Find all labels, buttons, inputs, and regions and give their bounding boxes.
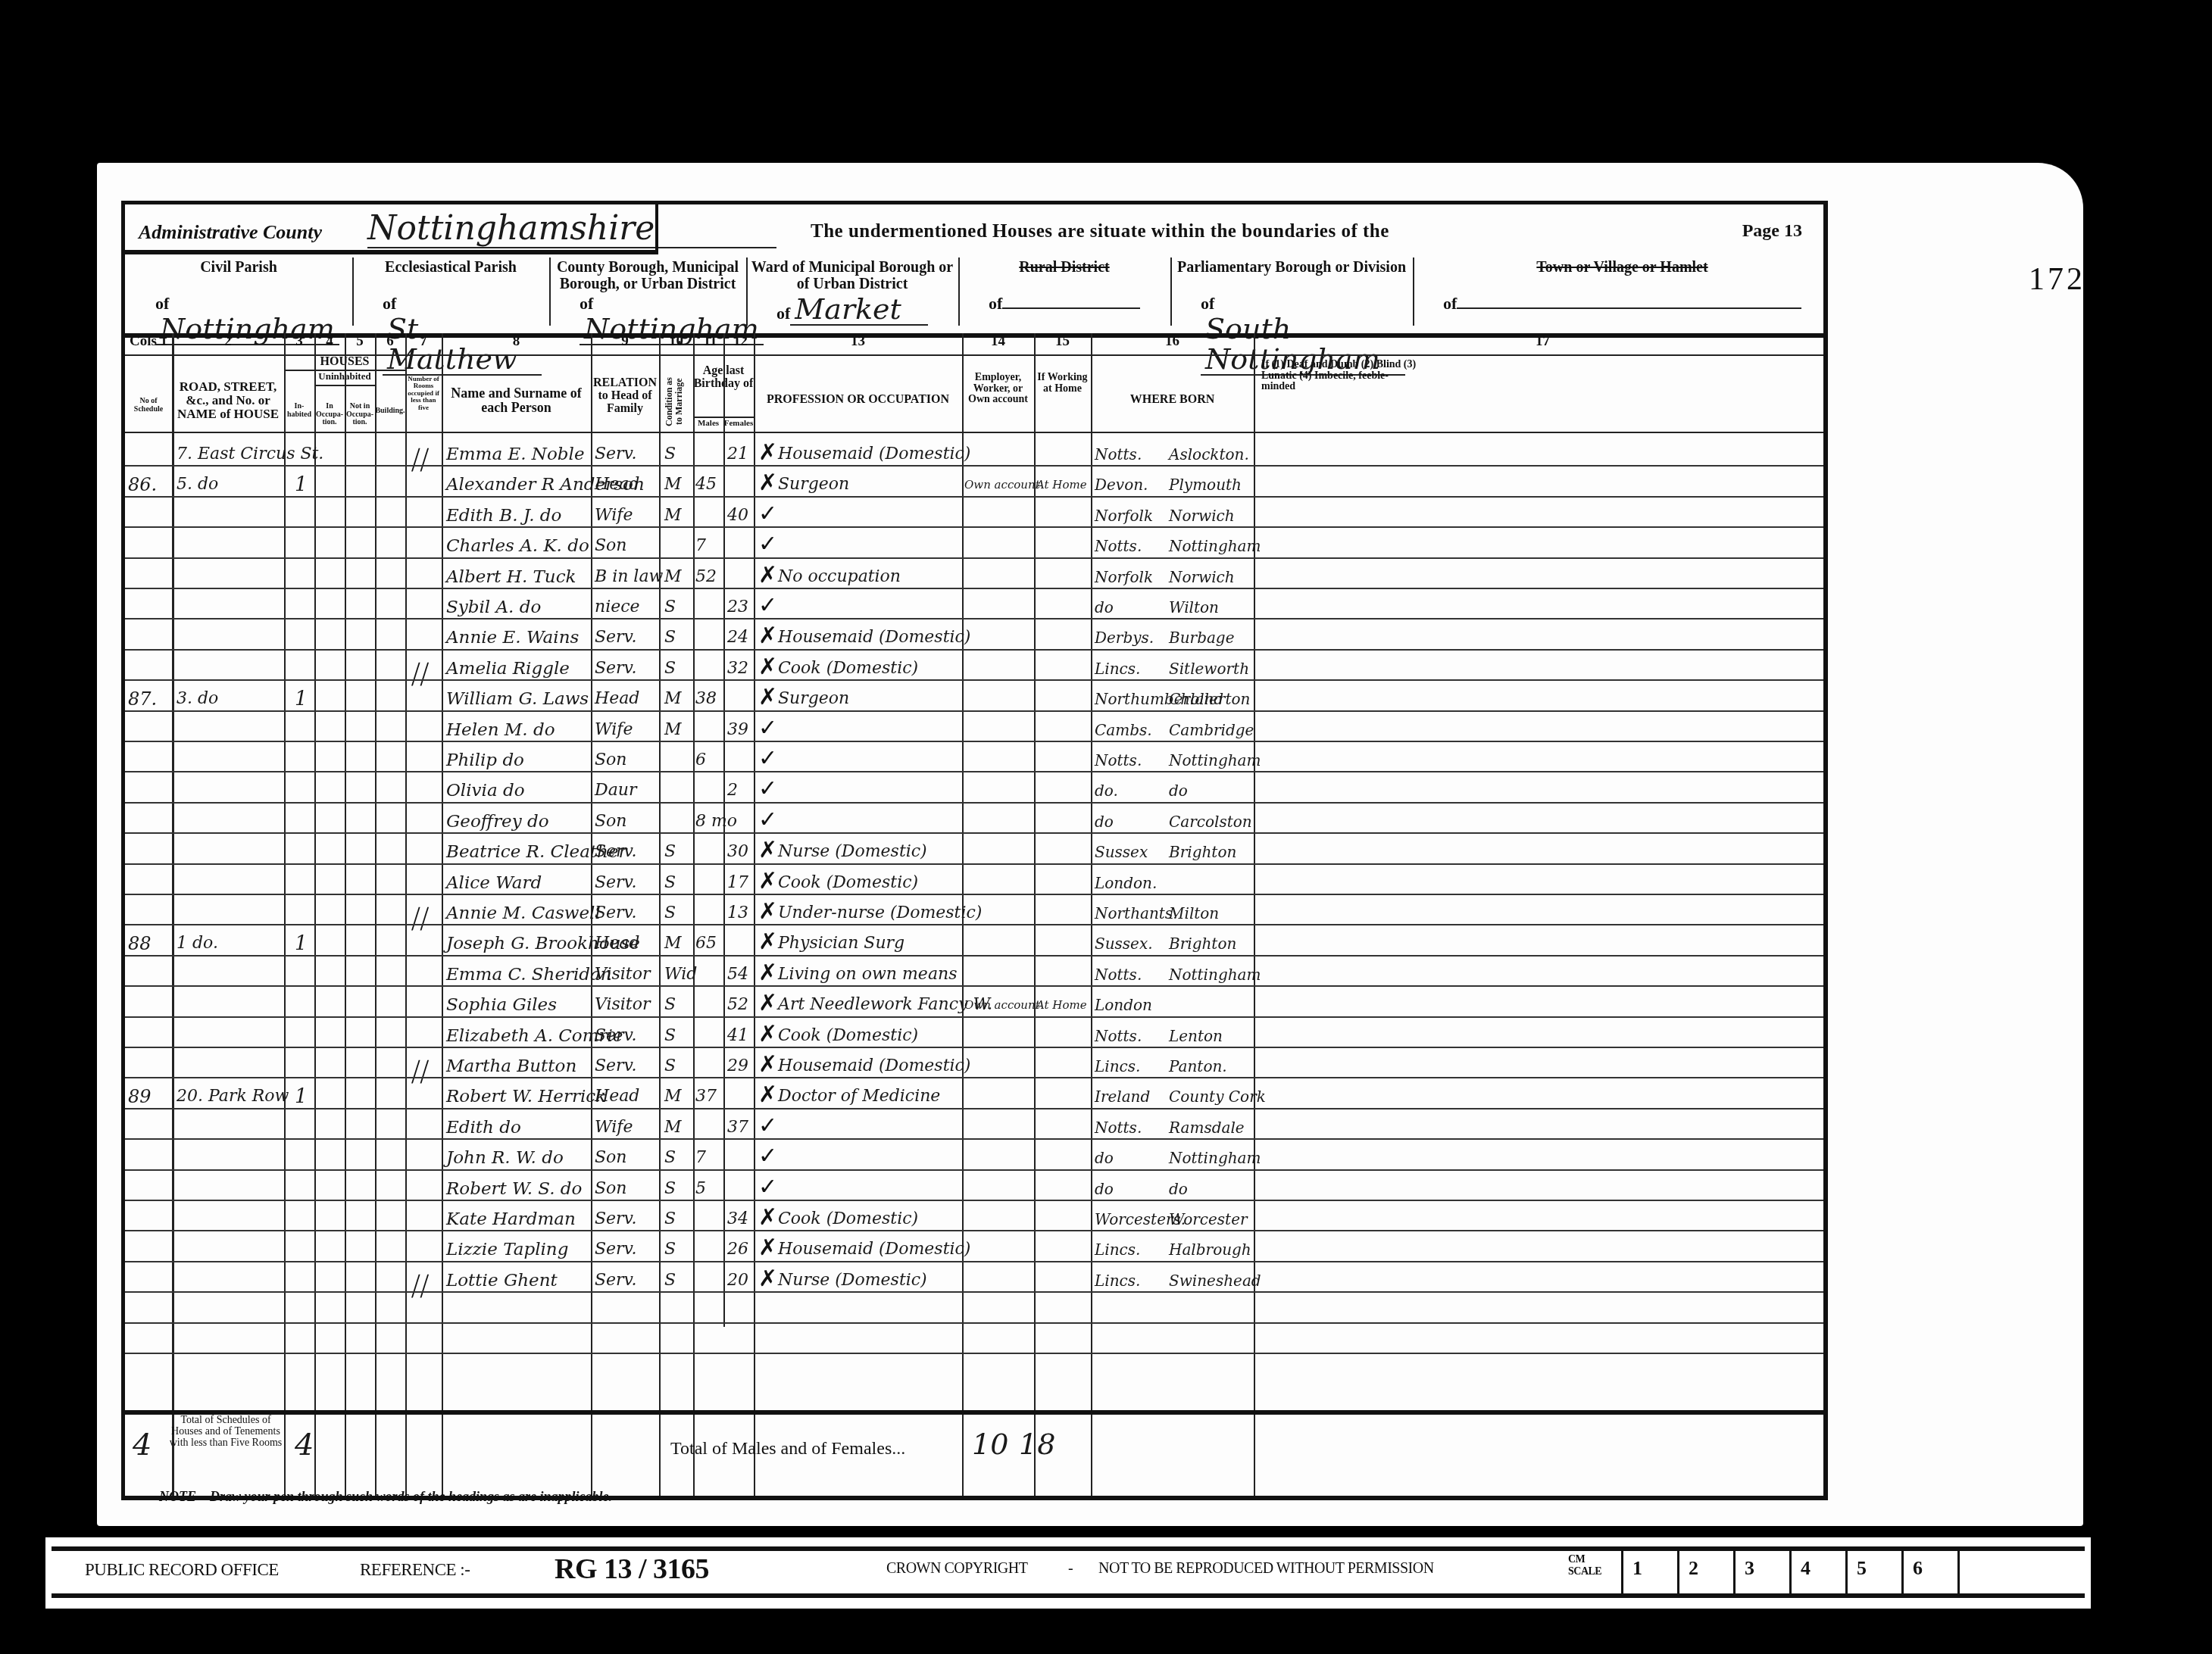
occupation (778, 774, 960, 804)
birth-county: Notts. (1095, 1111, 1159, 1141)
division-value (1457, 307, 1801, 309)
female-age (727, 1294, 753, 1325)
schedule-number (128, 621, 170, 651)
column-number: 17 (1254, 333, 1832, 350)
inhabited-count (295, 958, 313, 988)
tick-mark-icon: ✗ (758, 927, 777, 957)
person-name: Edith B. J. do (446, 499, 590, 529)
male-age (695, 988, 723, 1019)
tick-mark-icon: ✓ (758, 744, 777, 774)
working-at-home (1036, 744, 1091, 774)
column-number: 16 (1091, 333, 1254, 350)
inhabited-count (295, 805, 313, 835)
header-occupation: PROFESSION OR OCCUPATION (754, 394, 962, 407)
division-field: of (1443, 294, 1824, 314)
table-row: Lottie GhentServ.S20Nurse (Domestic)Linc… (125, 1264, 1823, 1294)
male-age: 8 mo (695, 805, 723, 835)
relation-to-head: Serv. (595, 1264, 658, 1294)
house-address (177, 958, 283, 988)
row-rule (125, 526, 1823, 528)
table-row: 7. East Circus St.Emma E. NobleServ.S21H… (125, 438, 1823, 468)
occupation (778, 529, 960, 560)
male-age (695, 652, 723, 682)
tick-mark-icon: ✓ (758, 591, 777, 621)
tick-mark-icon: ✗ (758, 621, 777, 651)
schedule-number (128, 1172, 170, 1203)
birth-county: Ireland (1095, 1080, 1159, 1110)
birth-place: do (1169, 1172, 1254, 1203)
schedules-total-label: Total of Schedules of Houses and of Tene… (169, 1415, 283, 1449)
employment-status (964, 713, 1034, 744)
female-age: 52 (727, 988, 753, 1019)
occupation: Nurse (Domestic) (778, 1264, 960, 1294)
birth-place: Panton. (1169, 1050, 1254, 1080)
marital-condition: M (664, 560, 692, 591)
relation-to-head: Wife (595, 499, 658, 529)
schedule-number (128, 1325, 170, 1356)
row-rule (125, 1077, 1823, 1078)
relation-to-head: Visitor (595, 988, 658, 1019)
table-row: Amelia RiggleServ.S32Cook (Domestic)Linc… (125, 652, 1823, 682)
occupation (778, 713, 960, 744)
birth-county: Cambs. (1095, 713, 1159, 744)
marital-condition: M (664, 468, 692, 498)
table-row: John R. W. doSonS7doNottingham✓ (125, 1141, 1823, 1172)
table-row: 87.3. do1William G. LawsHeadM38SurgeonNo… (125, 682, 1823, 713)
occupation (778, 1141, 960, 1172)
male-age (695, 438, 723, 468)
male-age (695, 835, 723, 866)
birth-place: Cambridge (1169, 713, 1254, 744)
birth-place: Milton (1169, 897, 1254, 927)
employment-status (964, 1019, 1034, 1050)
female-age: 29 (727, 1050, 753, 1080)
house-address (177, 1325, 283, 1356)
occupation: No occupation (778, 560, 960, 591)
marital-condition: S (664, 835, 692, 866)
working-at-home (1036, 835, 1091, 866)
male-age: 37 (695, 1080, 723, 1110)
inhabited-count (295, 866, 313, 897)
birth-place: Nottingham (1169, 1141, 1254, 1172)
marital-condition: S (664, 1050, 692, 1080)
tick-mark-icon: ✗ (758, 866, 777, 897)
division-divider (958, 257, 960, 326)
person-name: Emma C. Sheridan (446, 958, 590, 988)
header-females: Females (723, 420, 754, 429)
header-inhabited: In-habited (284, 403, 314, 419)
employment-status (964, 897, 1034, 927)
division-divider (1170, 257, 1172, 326)
row-rule (125, 557, 1823, 559)
working-at-home (1036, 1111, 1091, 1141)
occupation: Cook (Domestic) (778, 866, 960, 897)
column-number: 11 (693, 333, 727, 350)
birth-place (1169, 866, 1254, 897)
house-address (177, 1050, 283, 1080)
schedule-number (128, 958, 170, 988)
marital-condition: M (664, 1111, 692, 1141)
birth-county: Notts. (1095, 958, 1159, 988)
row-rule (125, 894, 1823, 895)
employment-status (964, 499, 1034, 529)
person-name: Kate Hardman (446, 1203, 590, 1233)
relation-to-head: Wife (595, 1111, 658, 1141)
schedule-number (128, 1141, 170, 1172)
birth-county: do (1095, 1141, 1159, 1172)
table-row: Martha ButtonServ.S29Housemaid (Domestic… (125, 1050, 1823, 1080)
marital-condition: S (664, 866, 692, 897)
inhabited-count: 1 (295, 468, 313, 498)
birth-place: do (1169, 774, 1254, 804)
male-age (695, 897, 723, 927)
schedule-number (128, 560, 170, 591)
marital-condition: S (664, 1019, 692, 1050)
relation-to-head: Serv. (595, 438, 658, 468)
occupation: Under-nurse (Domestic) (778, 897, 960, 927)
occupation: Art Needlework Fancy W. (778, 988, 960, 1019)
scale-mark: 3 (1733, 1551, 1783, 1595)
marital-condition: S (664, 988, 692, 1019)
house-address (177, 1264, 283, 1294)
tick-mark-icon: ✗ (758, 835, 777, 866)
scale-mark: 4 (1789, 1551, 1839, 1595)
division-of-label: of (989, 294, 1002, 313)
header-employer: Employer, Worker, or Own account (962, 373, 1034, 406)
person-name: Amelia Riggle (446, 652, 590, 682)
marital-condition (664, 1294, 692, 1325)
birth-place: Sitleworth (1169, 652, 1254, 682)
scale-mark: 6 (1901, 1551, 1951, 1595)
working-at-home (1036, 1203, 1091, 1233)
person-name: Alexander R Anderson (446, 468, 590, 498)
house-address (177, 1019, 283, 1050)
house-address: 5. do (177, 468, 283, 498)
employment-status (964, 621, 1034, 651)
person-name (446, 1325, 590, 1356)
working-at-home (1036, 713, 1091, 744)
row-rule (125, 1291, 1823, 1293)
column-number: 6 (375, 333, 405, 350)
house-address (177, 805, 283, 835)
inhabited-count: 1 (295, 927, 313, 957)
relation-to-head: Serv. (595, 652, 658, 682)
inhabited-count (295, 897, 313, 927)
table-row: Olivia doDaur2do.do✓ (125, 774, 1823, 804)
table-row: Edith B. J. doWifeM40NorfolkNorwich✓ (125, 499, 1823, 529)
employment-status: Own account (964, 988, 1034, 1019)
column-number: 5 (345, 333, 375, 350)
occupation (778, 1325, 960, 1356)
marital-condition (664, 529, 692, 560)
female-age: 23 (727, 591, 753, 621)
working-at-home (1036, 1080, 1091, 1110)
marital-condition: M (664, 927, 692, 957)
male-age: 7 (695, 1141, 723, 1172)
birth-county: do (1095, 805, 1159, 835)
header-not-in-occupation: Not in Occupa-tion. (345, 403, 375, 427)
person-name: Charles A. K. do (446, 529, 590, 560)
house-address (177, 835, 283, 866)
birth-county: Northumberland (1095, 682, 1159, 713)
working-at-home (1036, 1141, 1091, 1172)
occupation (778, 1172, 960, 1203)
birth-place: Norwich (1169, 560, 1254, 591)
admin-county-value: Nottinghamshire (367, 211, 776, 248)
employment-status (964, 1141, 1034, 1172)
working-at-home (1036, 927, 1091, 957)
row-rule (125, 1261, 1823, 1262)
person-name: William G. Laws (446, 682, 590, 713)
schedule-number: 87. (128, 682, 170, 713)
schedule-number (128, 499, 170, 529)
male-age (695, 591, 723, 621)
birth-place: Aslockton. (1169, 438, 1254, 468)
female-age: 34 (727, 1203, 753, 1233)
inhabited-count: 1 (295, 682, 313, 713)
inhabited-count (295, 835, 313, 866)
person-name: Robert W. S. do (446, 1172, 590, 1203)
birth-county: Lincs. (1095, 652, 1159, 682)
tick-mark-icon: ✗ (758, 1050, 777, 1080)
working-at-home (1036, 1294, 1091, 1325)
birth-place: Worcester (1169, 1203, 1254, 1233)
person-name: Lizzie Tapling (446, 1233, 590, 1263)
table-row (125, 1294, 1823, 1325)
marital-condition (664, 744, 692, 774)
page-number: Page 13 (1742, 221, 1802, 242)
birth-place: Carcolston (1169, 805, 1254, 835)
tick-mark-icon: ✗ (758, 1080, 777, 1110)
tick-mark-icon: ✓ (758, 529, 777, 560)
employment-status (964, 866, 1034, 897)
male-age (695, 1264, 723, 1294)
division-divider (549, 257, 551, 326)
division-value (1002, 307, 1140, 309)
table-row: 881 do.1Joseph G. BrookhouseHeadM65Physi… (125, 927, 1823, 957)
person-name: Robert W. Herrick (446, 1080, 590, 1110)
employment-status (964, 1111, 1034, 1141)
employment-status: Own account (964, 468, 1034, 498)
relation-to-head: Serv. (595, 835, 658, 866)
female-age (727, 560, 753, 591)
column-number: 4 (314, 333, 345, 350)
header-building: Building. (375, 407, 405, 416)
female-age (727, 1080, 753, 1110)
occupation: Cook (Domestic) (778, 1019, 960, 1050)
table-row: Albert H. TuckB in lawM52No occupationNo… (125, 560, 1823, 591)
female-age: 32 (727, 652, 753, 682)
person-name: Emma E. Noble (446, 438, 590, 468)
employment-status (964, 652, 1034, 682)
division-heading: Town or Village or Hamlet (1413, 259, 1832, 276)
table-row: 8920. Park Row1Robert W. HerrickHeadM37D… (125, 1080, 1823, 1110)
marital-condition: S (664, 897, 692, 927)
division-heading: Rural District (958, 259, 1170, 276)
header-working-home: If Working at Home (1034, 373, 1091, 395)
birth-place: Norwich (1169, 499, 1254, 529)
male-age (695, 1111, 723, 1141)
schedule-number (128, 866, 170, 897)
male-age: 6 (695, 744, 723, 774)
schedule-number (128, 1111, 170, 1141)
occupation: Living on own means (778, 958, 960, 988)
table-row: Edith doWifeM37Notts.Ramsdale✓ (125, 1111, 1823, 1141)
occupation: Surgeon (778, 682, 960, 713)
house-address (177, 652, 283, 682)
schedule-number (128, 438, 170, 468)
females-total: 18 (1019, 1428, 1055, 1461)
relation-to-head: Serv. (595, 1019, 658, 1050)
tick-mark-icon: ✗ (758, 560, 777, 591)
birth-county: Derbys. (1095, 621, 1159, 651)
row-rule (125, 1138, 1823, 1140)
division-divider (1413, 257, 1414, 326)
female-age (727, 927, 753, 957)
employment-status (964, 1203, 1034, 1233)
inhabited-count (295, 1050, 313, 1080)
tick-mark-icon: ✗ (758, 438, 777, 468)
female-age: 40 (727, 499, 753, 529)
footer-permission: NOT TO BE REPRODUCED WITHOUT PERMISSION (1098, 1560, 1434, 1578)
tick-mark-icon: ✓ (758, 499, 777, 529)
house-address (177, 529, 283, 560)
male-age (695, 958, 723, 988)
marital-condition: S (664, 438, 692, 468)
birth-place: Chollerton (1169, 682, 1254, 713)
male-age (695, 1050, 723, 1080)
female-age: 2 (727, 774, 753, 804)
marital-condition: S (664, 591, 692, 621)
person-name: Alice Ward (446, 866, 590, 897)
table-row: Kate HardmanServ.S34Cook (Domestic)Worce… (125, 1203, 1823, 1233)
relation-to-head: Son (595, 1172, 658, 1203)
footer-separator: - (1068, 1560, 1073, 1578)
house-address (177, 988, 283, 1019)
birth-county: Sussex. (1095, 927, 1159, 957)
birth-place: Wilton (1169, 591, 1254, 621)
male-age (695, 1294, 723, 1325)
occupation (778, 1111, 960, 1141)
row-rule (125, 465, 1823, 467)
person-name (446, 1294, 590, 1325)
birth-county: do. (1095, 774, 1159, 804)
inhabited-count (295, 744, 313, 774)
female-age: 21 (727, 438, 753, 468)
employment-status (964, 1294, 1034, 1325)
male-age (695, 1233, 723, 1263)
relation-to-head (595, 1325, 658, 1356)
header-where-born: WHERE BORN (1091, 394, 1254, 407)
marital-condition: S (664, 621, 692, 651)
table-row: Robert W. S. doSonS5dodo✓ (125, 1172, 1823, 1203)
scale-mark: 2 (1677, 1551, 1727, 1595)
header-rooms: Number of Rooms occupied if less than fi… (405, 376, 442, 411)
table-row: Charles A. K. doSon7Notts.Nottingham✓ (125, 529, 1823, 560)
working-at-home (1036, 1019, 1091, 1050)
male-age (695, 499, 723, 529)
division-heading: Civil Parish (125, 259, 352, 276)
inhabited-count: 1 (295, 1080, 313, 1110)
birth-place: Brighton (1169, 835, 1254, 866)
footer-reference-value: RG 13 / 3165 (555, 1553, 709, 1586)
persons-total-label: Total of Males and of Females... (670, 1439, 905, 1459)
division-of-label: of (776, 304, 790, 323)
tick-mark-icon: ✓ (758, 713, 777, 744)
female-age (727, 1172, 753, 1203)
relation-to-head: Serv. (595, 1203, 658, 1233)
employment-status (964, 958, 1034, 988)
marital-condition: S (664, 1203, 692, 1233)
working-at-home (1036, 1325, 1091, 1356)
column-number: 14 (962, 333, 1034, 350)
employment-status (964, 1264, 1034, 1294)
marital-condition: S (664, 1141, 692, 1172)
working-at-home (1036, 560, 1091, 591)
person-name: Helen M. do (446, 713, 590, 744)
occupation (778, 744, 960, 774)
tick-mark-icon: ✗ (758, 1264, 777, 1294)
footer-reference-label: REFERENCE :- (360, 1560, 470, 1580)
relation-to-head: Serv. (595, 1233, 658, 1263)
marital-condition: M (664, 713, 692, 744)
marital-condition: M (664, 682, 692, 713)
birth-county: London. (1095, 866, 1159, 897)
row-rule (125, 710, 1823, 712)
working-at-home (1036, 499, 1091, 529)
female-age (727, 1325, 753, 1356)
house-address (177, 499, 283, 529)
employment-status (964, 1325, 1034, 1356)
birth-county: Lincs. (1095, 1050, 1159, 1080)
column-number: Cols 1 (125, 333, 172, 350)
admin-county-label: Administrative County (139, 221, 322, 244)
male-age (695, 1203, 723, 1233)
occupation: Physician Surg (778, 927, 960, 957)
marital-condition: S (664, 1233, 692, 1263)
marital-condition: Wid (664, 958, 692, 988)
female-age (727, 1141, 753, 1172)
house-address (177, 774, 283, 804)
birth-county: Notts. (1095, 1019, 1159, 1050)
house-address (177, 1294, 283, 1325)
birth-place (1169, 1325, 1254, 1356)
column-number: 9 (591, 333, 659, 350)
female-age: 41 (727, 1019, 753, 1050)
schedule-number (128, 1050, 170, 1080)
male-age: 65 (695, 927, 723, 957)
male-age (695, 774, 723, 804)
inhabited-count (295, 438, 313, 468)
birth-county: Northants. (1095, 897, 1159, 927)
employment-status (964, 529, 1034, 560)
row-rule (125, 771, 1823, 772)
relation-to-head: Serv. (595, 897, 658, 927)
working-at-home (1036, 805, 1091, 835)
scale-mark: 1 (1621, 1551, 1671, 1595)
working-at-home (1036, 1172, 1091, 1203)
table-row: Sybil A. donieceS23doWilton✓ (125, 591, 1823, 621)
female-age: 30 (727, 835, 753, 866)
birth-place: Lenton (1169, 1019, 1254, 1050)
division-field: of (989, 294, 1163, 314)
working-at-home (1036, 1050, 1091, 1080)
female-age: 26 (727, 1233, 753, 1263)
inhabited-count (295, 1294, 313, 1325)
male-age (695, 621, 723, 651)
house-address: 1 do. (177, 927, 283, 957)
employment-status (964, 1080, 1034, 1110)
